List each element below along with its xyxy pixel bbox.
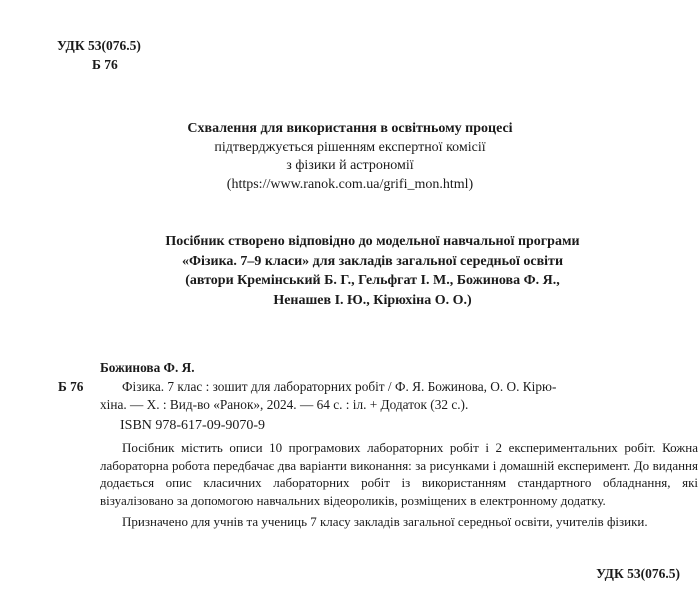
udk-footer: УДК 53(076.5) bbox=[596, 566, 680, 582]
approval-line: підтверджується рішенням експертної комі… bbox=[0, 139, 700, 158]
author-mark: Б 76 bbox=[57, 55, 141, 74]
isbn: ISBN 978-617-09-9070-9 bbox=[120, 417, 265, 435]
approval-line: Схвалення для використання в освітньому … bbox=[0, 120, 700, 139]
program-line: Посібник створено відповідно до модельно… bbox=[0, 232, 700, 252]
udk-code: УДК 53(076.5) bbox=[57, 36, 141, 55]
approval-url: (https://www.ranok.com.ua/grifi_mon.html… bbox=[0, 176, 700, 195]
abstract-paragraph: Посібник містить описи 10 програмових ла… bbox=[100, 439, 698, 509]
udk-header: УДК 53(076.5) Б 76 bbox=[57, 36, 141, 74]
description-line: хіна. — Х. : Вид-во «Ранок», 2024. — 64 … bbox=[100, 396, 698, 414]
approval-line: з фізики й астрономії bbox=[0, 157, 700, 176]
program-line: (автори Кремінський Б. Г., Гельфгат І. М… bbox=[0, 271, 700, 291]
program-notice: Посібник створено відповідно до модельно… bbox=[0, 232, 700, 310]
card-description: Фізика. 7 клас : зошит для лабораторних … bbox=[100, 378, 698, 414]
approval-notice: Схвалення для використання в освітньому … bbox=[0, 120, 700, 194]
description-line: Фізика. 7 клас : зошит для лабораторних … bbox=[100, 378, 698, 396]
abstract-paragraph: Призначено для учнів та учениць 7 класу … bbox=[100, 513, 698, 531]
card-abstract: Посібник містить описи 10 програмових ла… bbox=[100, 439, 698, 531]
card-author: Божинова Ф. Я. bbox=[100, 359, 195, 377]
program-line: Ненашев І. Ю., Кірюхіна О. О.) bbox=[0, 291, 700, 311]
card-code: Б 76 bbox=[58, 378, 83, 396]
program-line: «Фізика. 7–9 класи» для закладів загальн… bbox=[0, 252, 700, 272]
